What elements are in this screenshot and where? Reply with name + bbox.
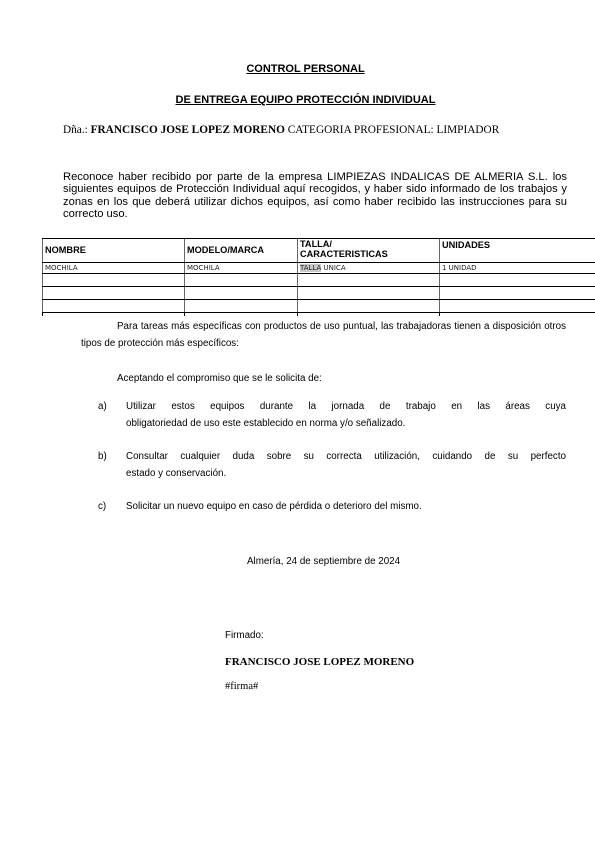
cell-talla[interactable]: TALLA UNICA <box>298 263 440 274</box>
cell-talla[interactable] <box>298 300 440 313</box>
document-subtitle: DE ENTREGA EQUIPO PROTECCIÓN INDIVIDUAL <box>8 94 595 106</box>
cell-nombre[interactable] <box>43 300 185 313</box>
table-row <box>43 300 595 313</box>
cell-unidades[interactable] <box>440 287 595 300</box>
table-border-tail <box>42 312 43 316</box>
document-title: CONTROL PERSONAL <box>8 63 595 75</box>
place-date: Almería, 24 de septiembre de 2024 <box>247 556 400 567</box>
table-row <box>43 274 595 287</box>
cell-modelo[interactable]: MOCHILA <box>185 263 298 274</box>
header-modelo: MODELO/MARCA <box>185 239 298 263</box>
acceptance-paragraph: Aceptando el compromiso que se le solici… <box>117 370 322 387</box>
table-border-tail <box>297 312 298 316</box>
table-border-tail <box>184 312 185 316</box>
employee-line: Dña.: FRANCISCO JOSE LOPEZ MORENO CATEGO… <box>63 124 499 136</box>
header-unidades: UNIDADES <box>440 239 595 263</box>
cell-talla[interactable] <box>298 274 440 287</box>
cell-nombre[interactable]: MOCHILA <box>43 263 185 274</box>
header-nombre: NOMBRE <box>43 239 185 263</box>
employee-category: CATEGORIA PROFESIONAL: LIMPIADOR <box>288 124 500 136</box>
cell-unidades[interactable] <box>440 274 595 287</box>
employee-prefix: Dña.: <box>63 124 88 136</box>
cell-nombre[interactable] <box>43 287 185 300</box>
signature-placeholder[interactable]: #firma# <box>225 681 258 692</box>
table-row: MOCHILA MOCHILA TALLA UNICA 1 UNIDAD <box>43 263 595 274</box>
commitment-line: obligatoriedad de uso este establecido e… <box>126 415 566 432</box>
cell-modelo[interactable] <box>185 300 298 313</box>
commitment-line: Utilizar estos equipos durante la jornad… <box>126 398 566 415</box>
list-marker: b) <box>98 448 107 465</box>
commitment-line: estado y conservación. <box>126 465 566 482</box>
equipment-table: NOMBRE MODELO/MARCA TALLA/CARACTERISTICA… <box>42 238 595 313</box>
cell-talla[interactable] <box>298 287 440 300</box>
list-marker: a) <box>98 398 107 415</box>
cell-modelo[interactable] <box>185 274 298 287</box>
list-marker: c) <box>98 498 106 515</box>
intro-paragraph: Reconoce haber recibido por parte de la … <box>63 171 567 221</box>
header-talla: TALLA/CARACTERISTICAS <box>298 239 440 263</box>
cell-unidades[interactable]: 1 UNIDAD <box>440 263 595 274</box>
table-header-row: NOMBRE MODELO/MARCA TALLA/CARACTERISTICA… <box>43 239 595 263</box>
cell-modelo[interactable] <box>185 287 298 300</box>
cell-unidades[interactable] <box>440 300 595 313</box>
commitment-line: Solicitar un nuevo equipo en caso de pér… <box>126 498 566 515</box>
commitment-line: Consultar cualquier duda sobre su correc… <box>126 448 566 465</box>
table-row <box>43 287 595 300</box>
signer-name: FRANCISCO JOSE LOPEZ MORENO <box>225 656 414 668</box>
employee-name: FRANCISCO JOSE LOPEZ MORENO <box>91 124 285 136</box>
specific-protection-paragraph: Para tareas más específicas con producto… <box>81 318 566 352</box>
signed-label: Firmado: <box>225 630 264 641</box>
cell-nombre[interactable] <box>43 274 185 287</box>
highlighted-text: TALLA <box>300 264 321 272</box>
table-border-tail <box>439 312 440 316</box>
